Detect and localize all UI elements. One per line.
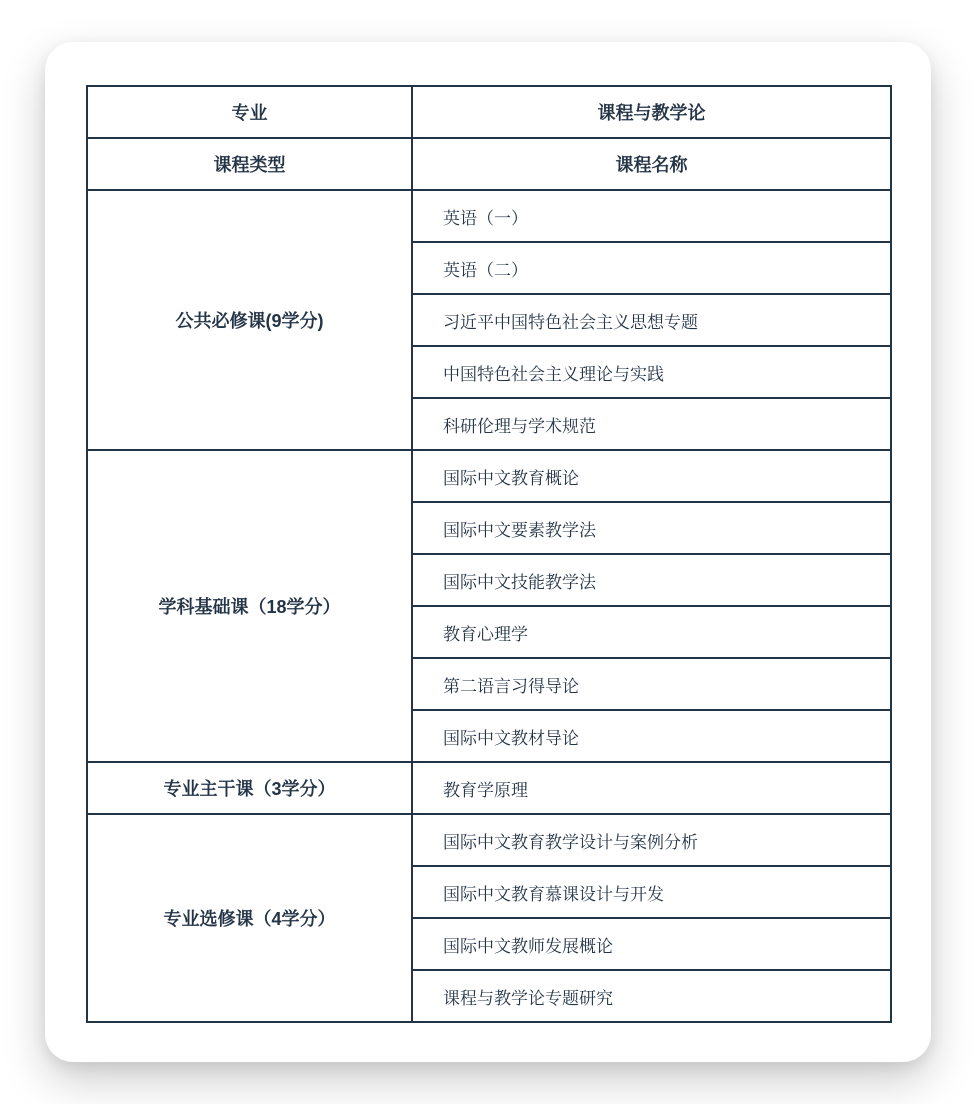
category-cell: 专业主干课（3学分） (87, 762, 412, 814)
curriculum-card: 专业 课程与教学论 课程类型 课程名称 公共必修课(9学分)英语（一）英语（二）… (45, 42, 931, 1062)
course-cell: 习近平中国特色社会主义思想专题 (412, 294, 891, 346)
course-cell: 国际中文要素教学法 (412, 502, 891, 554)
course-cell: 国际中文技能教学法 (412, 554, 891, 606)
table-row-major: 专业 课程与教学论 (87, 86, 891, 138)
major-value-cell: 课程与教学论 (412, 86, 891, 138)
course-name-header-cell: 课程名称 (412, 138, 891, 190)
curriculum-table: 专业 课程与教学论 课程类型 课程名称 公共必修课(9学分)英语（一）英语（二）… (86, 85, 892, 1023)
course-table-body: 专业 课程与教学论 课程类型 课程名称 公共必修课(9学分)英语（一）英语（二）… (87, 86, 891, 1022)
course-cell: 第二语言习得导论 (412, 658, 891, 710)
course-cell: 国际中文教材导论 (412, 710, 891, 762)
course-cell: 国际中文教师发展概论 (412, 918, 891, 970)
category-cell: 学科基础课（18学分） (87, 450, 412, 762)
table-row: 公共必修课(9学分)英语（一） (87, 190, 891, 242)
course-type-header-cell: 课程类型 (87, 138, 412, 190)
course-cell: 国际中文教育教学设计与案例分析 (412, 814, 891, 866)
course-cell: 教育学原理 (412, 762, 891, 814)
table-row: 专业选修课（4学分）国际中文教育教学设计与案例分析 (87, 814, 891, 866)
category-cell: 专业选修课（4学分） (87, 814, 412, 1022)
table-row: 学科基础课（18学分）国际中文教育概论 (87, 450, 891, 502)
course-cell: 国际中文教育概论 (412, 450, 891, 502)
table-row-column-headers: 课程类型 课程名称 (87, 138, 891, 190)
major-label-cell: 专业 (87, 86, 412, 138)
table-row: 专业主干课（3学分）教育学原理 (87, 762, 891, 814)
course-cell: 英语（二） (412, 242, 891, 294)
course-cell: 科研伦理与学术规范 (412, 398, 891, 450)
category-cell: 公共必修课(9学分) (87, 190, 412, 450)
course-cell: 国际中文教育慕课设计与开发 (412, 866, 891, 918)
course-cell: 中国特色社会主义理论与实践 (412, 346, 891, 398)
course-cell: 教育心理学 (412, 606, 891, 658)
course-cell: 英语（一） (412, 190, 891, 242)
course-cell: 课程与教学论专题研究 (412, 970, 891, 1022)
